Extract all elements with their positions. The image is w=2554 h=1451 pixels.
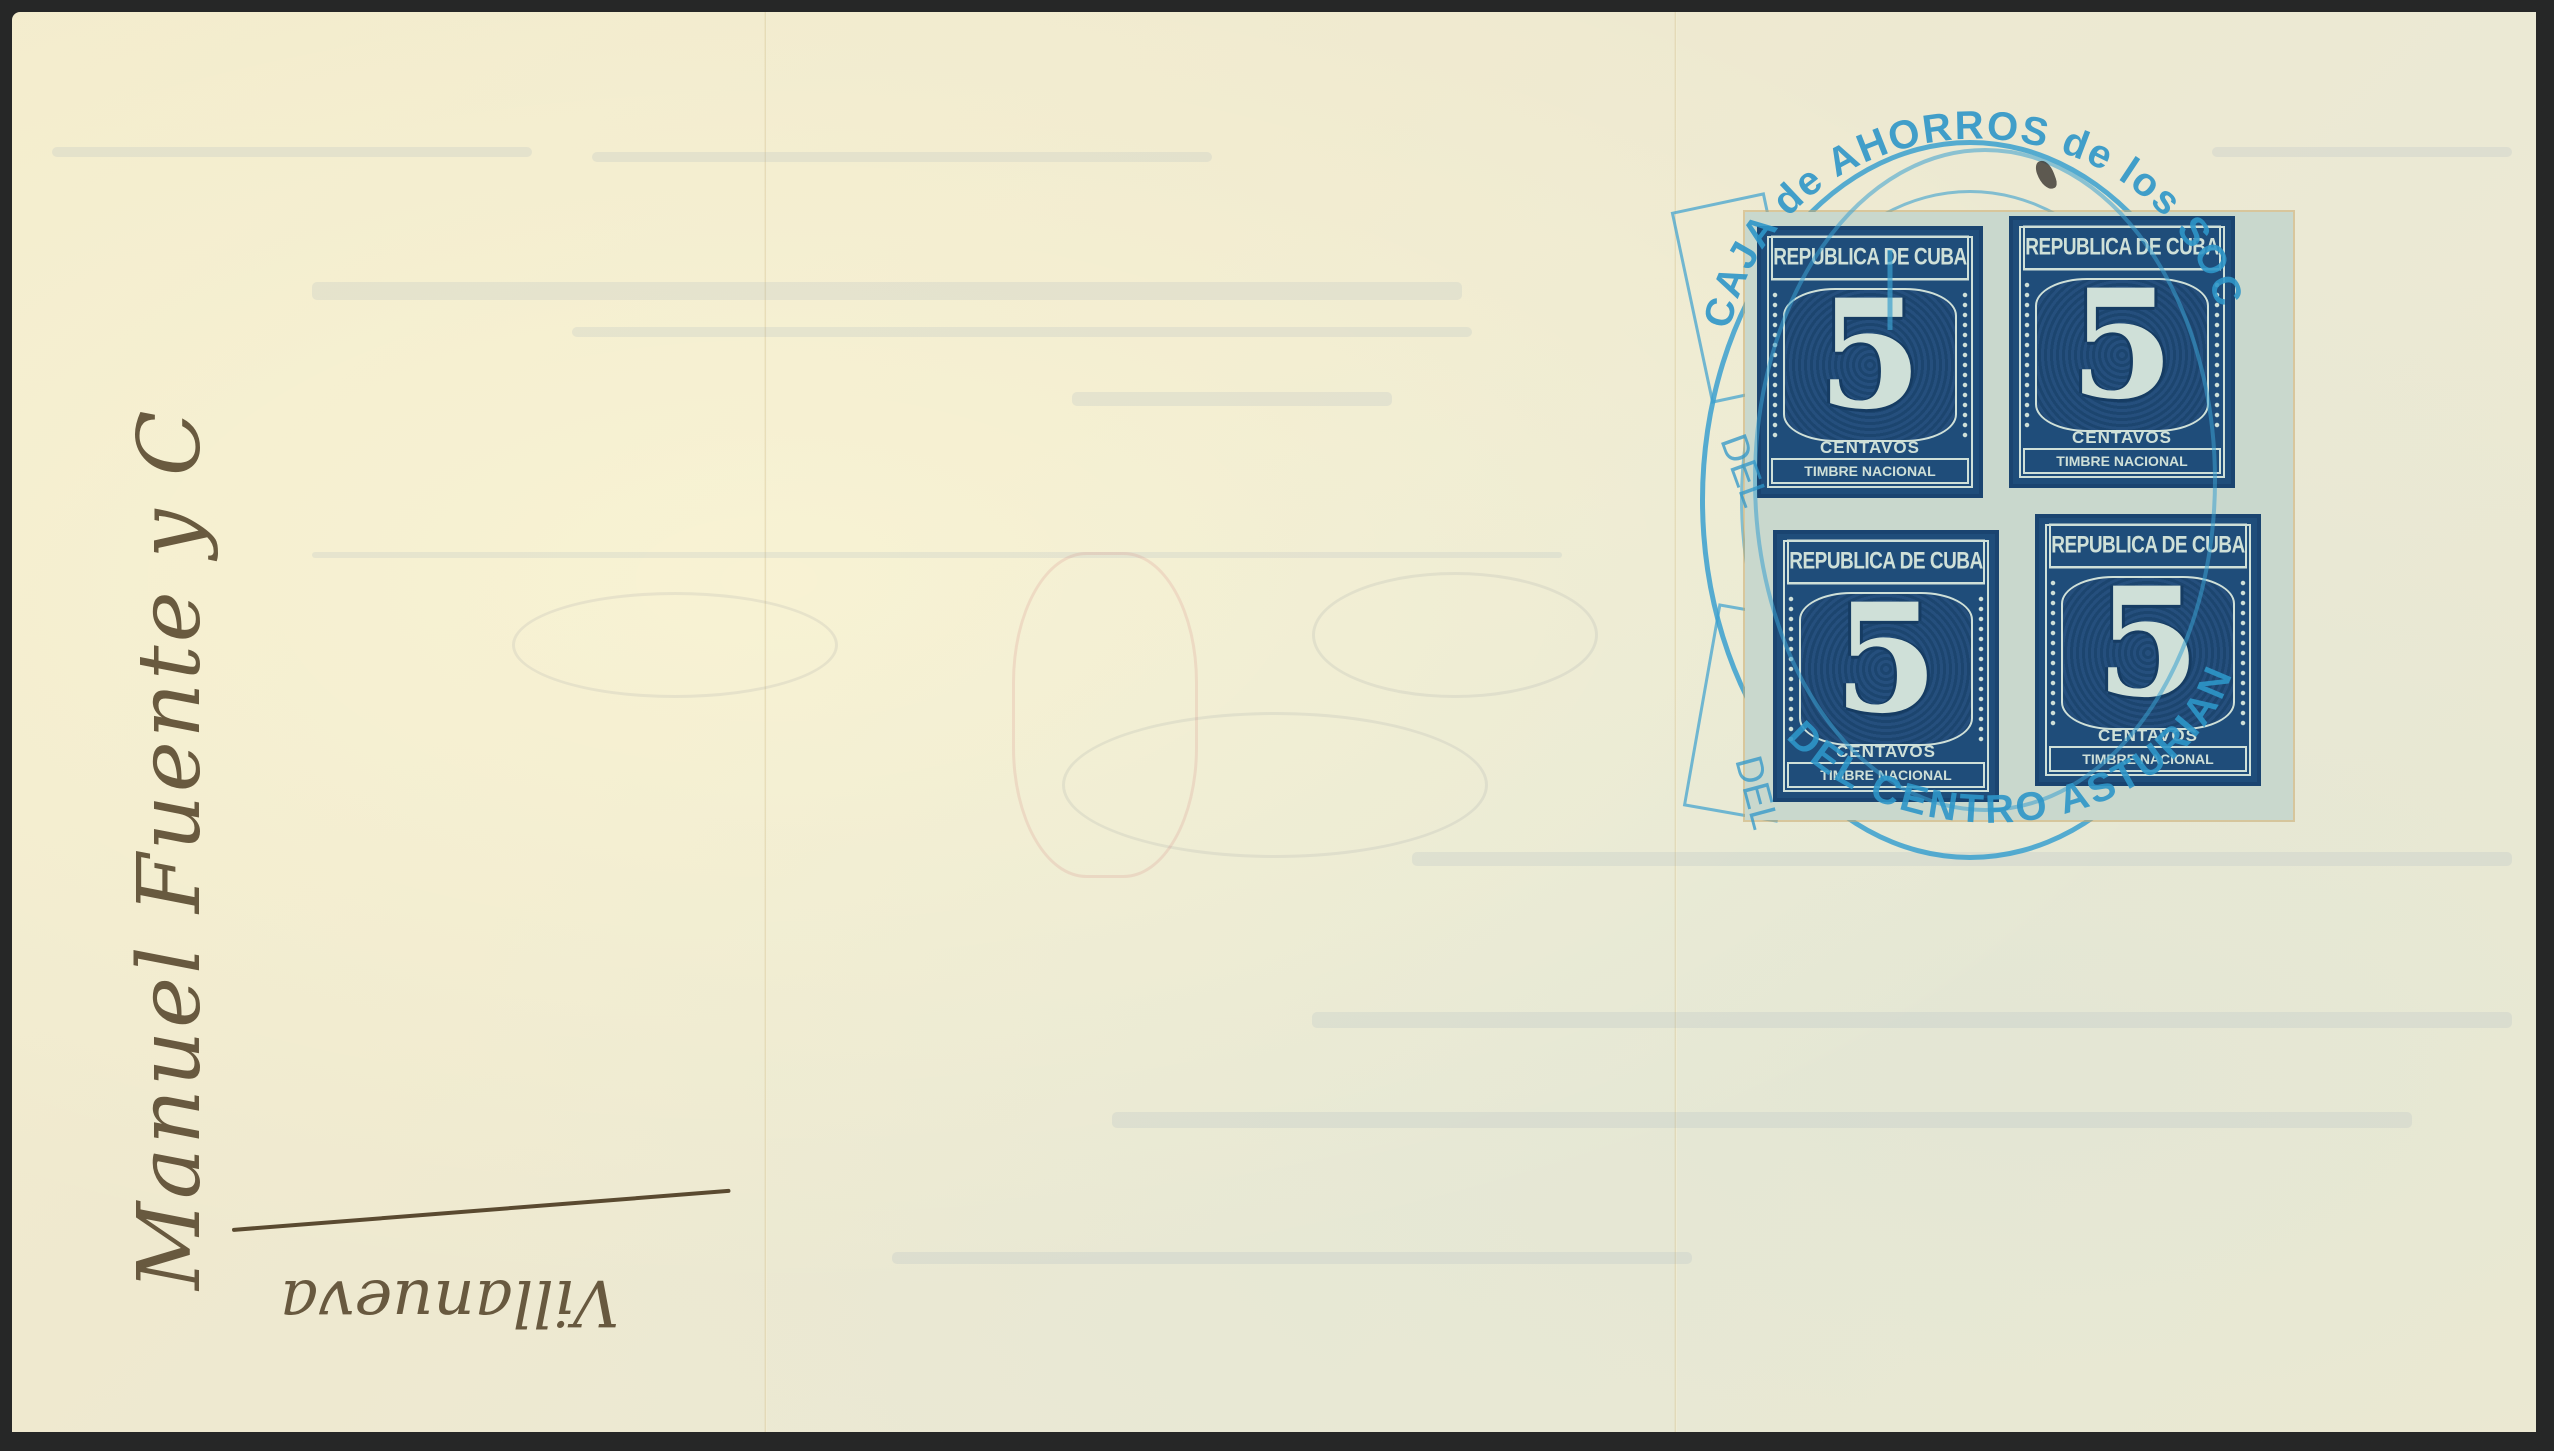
cancellation-box-text: DEL (1712, 429, 1777, 513)
cancellation-box-text: DEL (1726, 751, 1786, 833)
cancellation-overlay: CAJA de AHORROS de los SOCIOS DEL CENTRO… (0, 0, 2554, 1451)
